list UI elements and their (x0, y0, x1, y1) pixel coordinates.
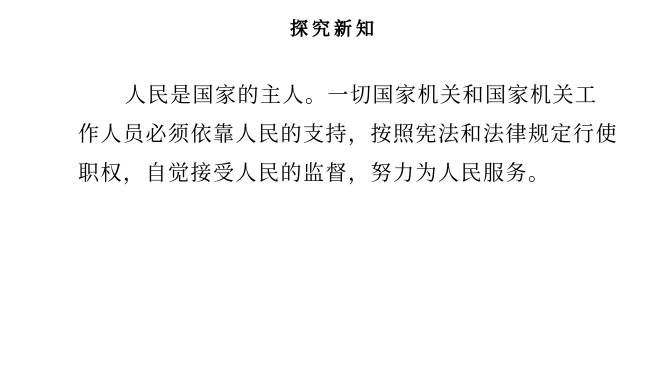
paragraph-line-1: 人民是国家的主人。一切国家机关和国家机关工 (78, 76, 598, 115)
paragraph-line-3: 职权，自觉接受人民的监督，努力为人民服务。 (78, 154, 598, 193)
paragraph-line-2: 作人员必须依靠人民的支持，按照宪法和法律规定行使 (78, 115, 598, 154)
page-title: 探究新知 (0, 15, 668, 41)
document-page: 探究新知 人民是国家的主人。一切国家机关和国家机关工 作人员必须依靠人民的支持，… (0, 0, 668, 376)
body-paragraph: 人民是国家的主人。一切国家机关和国家机关工 作人员必须依靠人民的支持，按照宪法和… (78, 76, 598, 193)
